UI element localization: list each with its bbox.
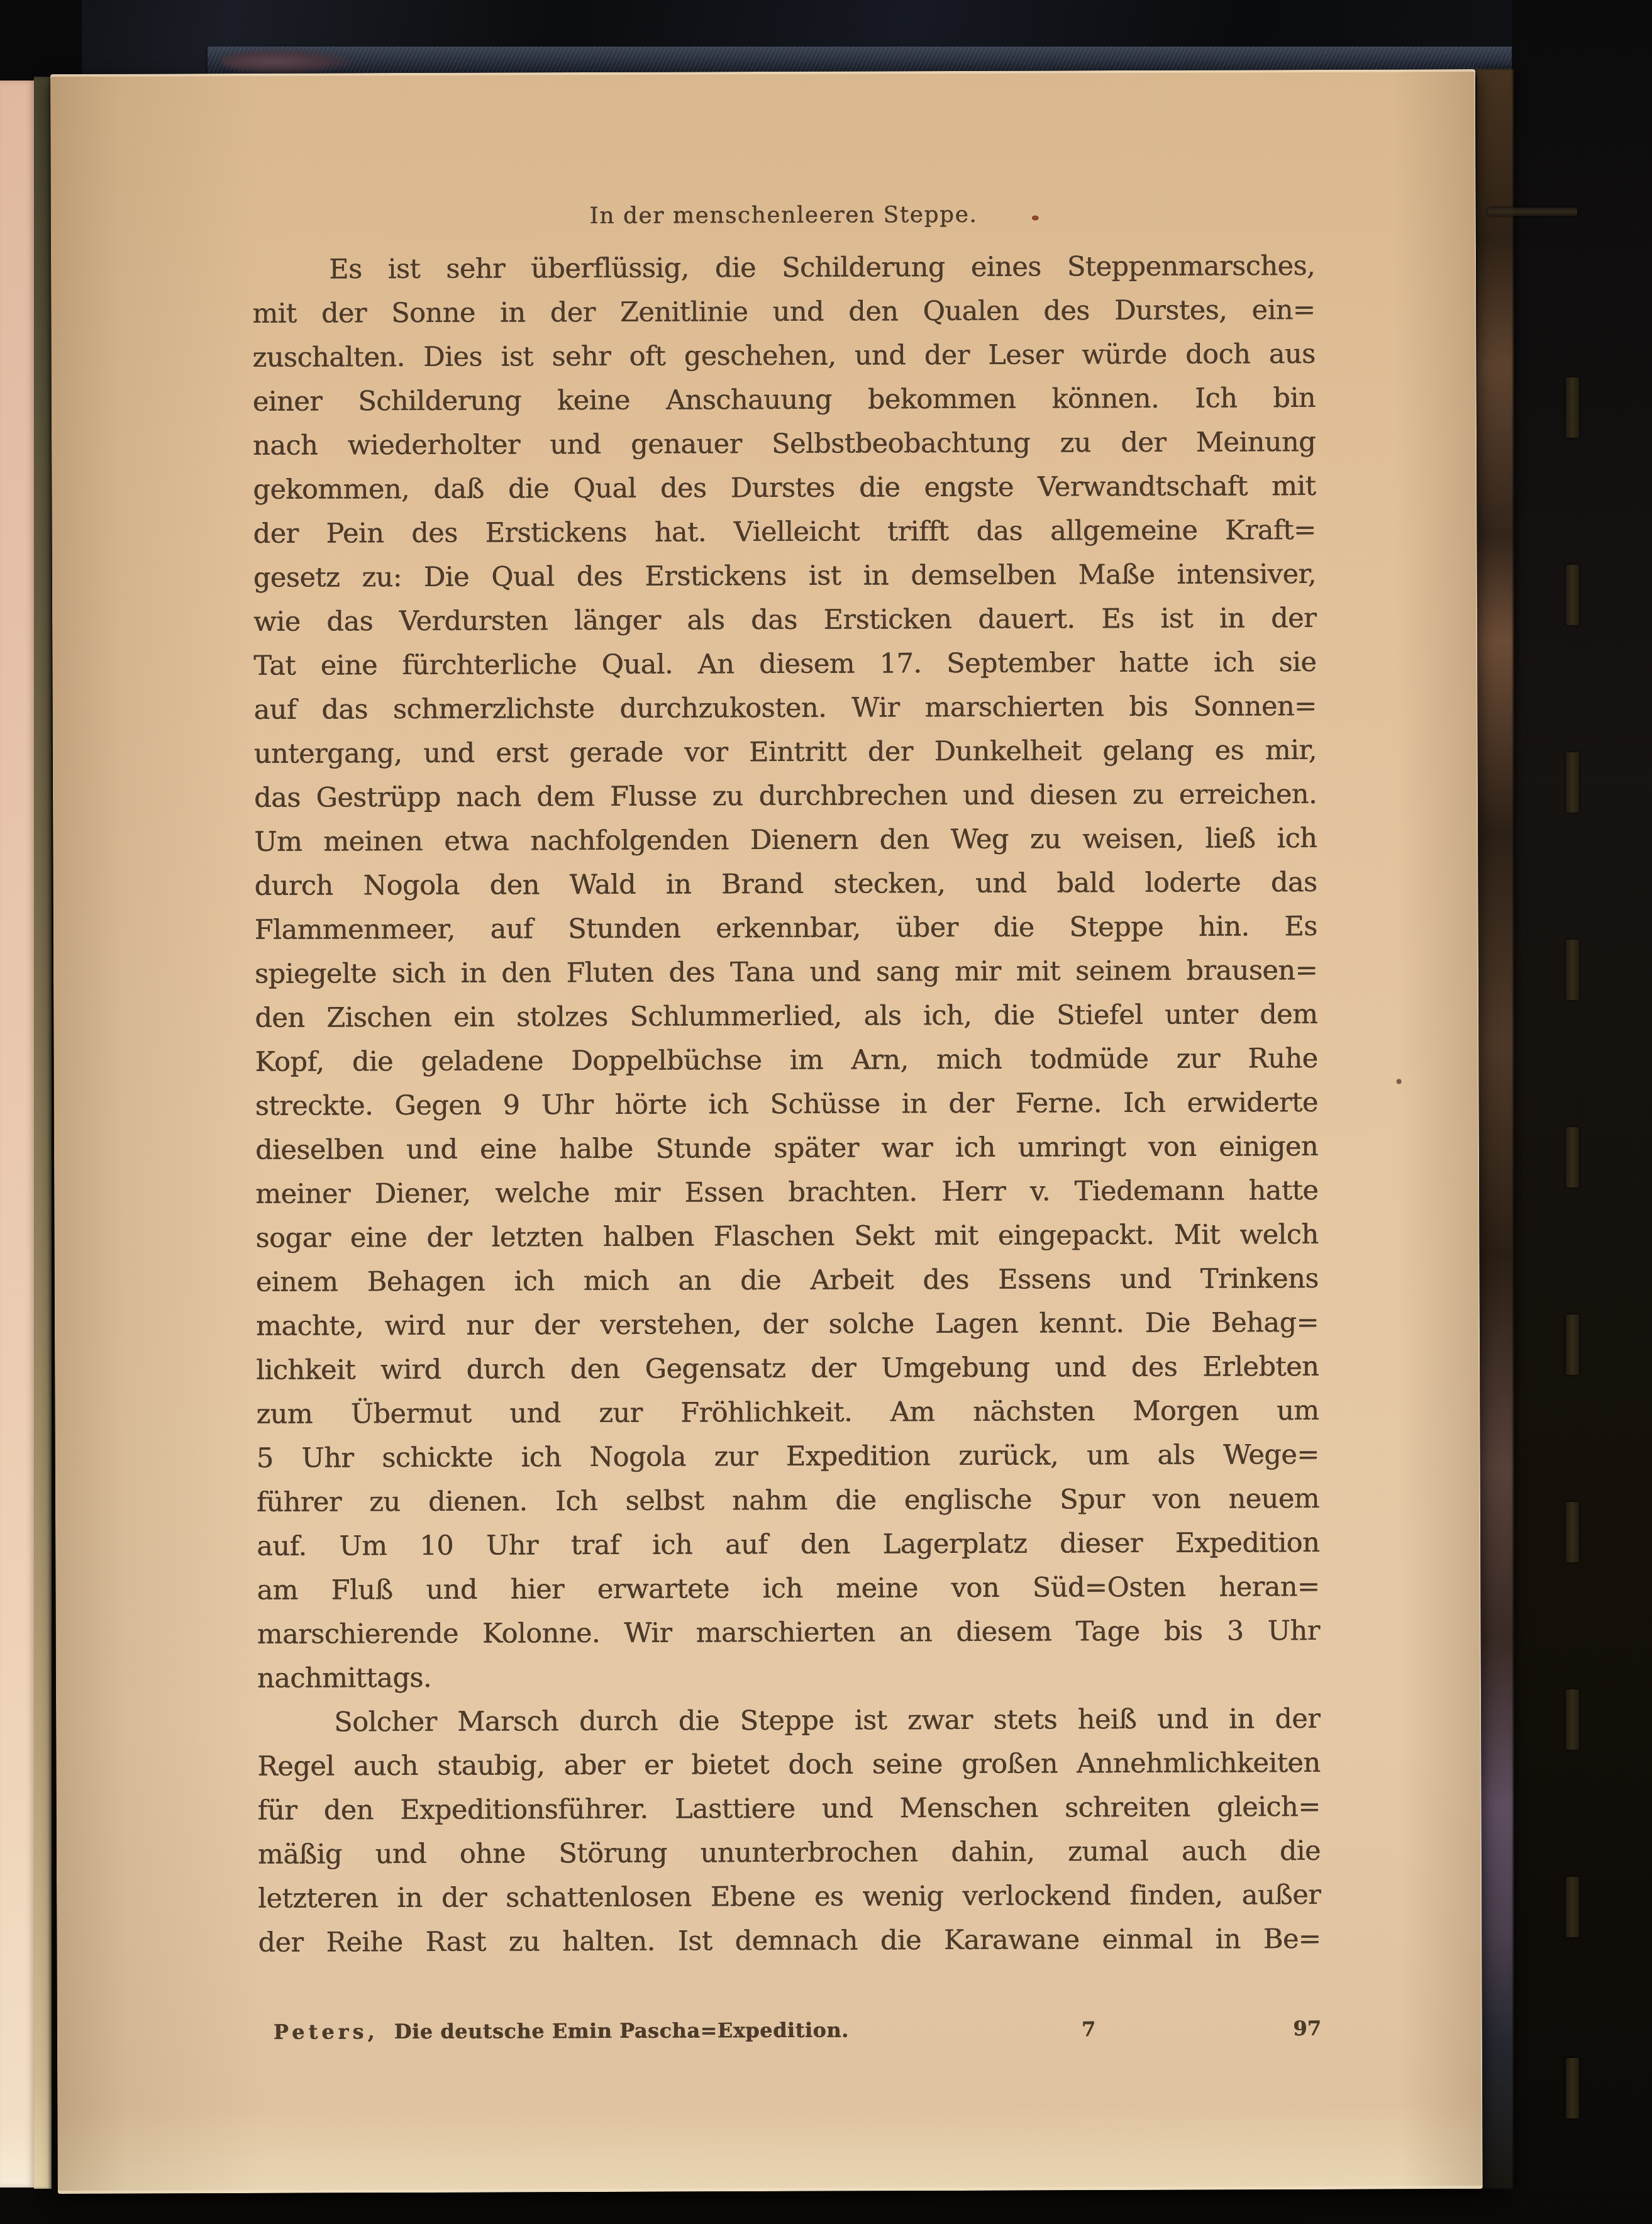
stitch-mark <box>1566 565 1579 625</box>
text-line: lichkeit wird durch den Gegensatz der Um… <box>256 1345 1319 1393</box>
body-text: Es ist sehr überflüssig, die Schilderung… <box>252 244 1321 1965</box>
opposite-page-edge <box>0 81 35 2188</box>
text-line: zuschalten. Dies ist sehr oft geschehen,… <box>252 332 1315 380</box>
text-line: Regel auch staubig, aber er bietet doch … <box>257 1741 1320 1789</box>
text-line: gekommen, daß die Qual des Durstes die e… <box>253 464 1316 512</box>
text-line: Es ist sehr überflüssig, die Schilderung… <box>252 244 1315 292</box>
book-cover-right <box>1512 0 1652 2224</box>
stitch-mark <box>1566 377 1579 438</box>
cover-inner-edge <box>1477 69 1513 2189</box>
text-line: Um meinen etwa nachfolgenden Dienern den… <box>254 816 1317 864</box>
text-line: für den Expeditionsführer. Lasttiere und… <box>258 1785 1321 1833</box>
text-line: Tat eine fürchterliche Qual. An diesem 1… <box>253 640 1316 688</box>
stitch-mark <box>1566 752 1579 813</box>
text-line: Solcher Marsch durch die Steppe ist zwar… <box>257 1697 1320 1745</box>
running-header: In der menschenleeren Steppe. <box>252 199 1315 233</box>
text-line: mit der Sonne in der Zenitlinie und den … <box>252 288 1315 336</box>
text-line: streckte. Gegen 9 Uhr hörte ich Schüsse … <box>255 1081 1318 1128</box>
text-line: zum Übermut und zur Fröhlichkeit. Am näc… <box>256 1389 1319 1437</box>
text-line: untergang, und erst gerade vor Eintritt … <box>254 728 1317 776</box>
page-number: 97 <box>1252 2012 1321 2045</box>
text-line: marschierende Kolonne. Wir marschierten … <box>257 1609 1320 1657</box>
stitch-mark <box>1566 1315 1579 1375</box>
text-line: spiegelte sich in den Fluten des Tana un… <box>255 948 1317 996</box>
text-line: der Pein des Erstickens hat. Vielleicht … <box>253 508 1316 556</box>
text-line: das Gestrüpp nach dem Flusse zu durchbre… <box>254 772 1317 820</box>
text-line: Kopf, die geladene Doppelbüchse im Arn, … <box>255 1037 1317 1084</box>
text-line: Flammenmeer, auf Stunden erkennbar, über… <box>255 904 1317 952</box>
ink-speck <box>1032 216 1039 221</box>
text-line: letzteren in der schattenlosen Ebene es … <box>258 1873 1321 1921</box>
text-line: meiner Diener, welche mir Essen brachten… <box>255 1169 1318 1216</box>
stitch-mark <box>1566 1689 1579 1750</box>
footer-book-title: Die deutsche Emin Pascha=Expedition. <box>394 2018 849 2044</box>
binding-gutter <box>34 77 52 2189</box>
text-line: am Fluß und hier erwartete ich meine von… <box>257 1565 1319 1613</box>
stitch-mark <box>1566 1127 1579 1187</box>
footer-citation: Peters, Die deutsche Emin Pascha=Expedit… <box>274 2014 849 2049</box>
text-line: durch Nogola den Wald in Brand stecken, … <box>254 860 1317 908</box>
cloth-spine-wear-mark <box>221 49 353 74</box>
footer-author: Peters, <box>274 2020 379 2044</box>
text-line: wie das Verdursten länger als das Erstic… <box>253 596 1316 644</box>
text-line: dieselben und eine halbe Stunde später w… <box>255 1125 1318 1172</box>
stitch-mark <box>1488 208 1577 216</box>
stitch-mark <box>1566 1502 1579 1562</box>
text-line: gesetz zu: Die Qual des Erstickens ist i… <box>253 552 1316 600</box>
text-line: nachmittags. <box>257 1653 1320 1701</box>
stitch-mark <box>1566 2058 1579 2118</box>
text-line: machte, wird nur der verstehen, der solc… <box>256 1301 1319 1348</box>
text-line: sogar eine der letzten halben Flaschen S… <box>255 1213 1318 1260</box>
text-line: auf das schmerzlichste durchzukosten. Wi… <box>253 684 1316 732</box>
text-line: führer zu dienen. Ich selbst nahm die en… <box>257 1477 1319 1525</box>
text-line: mäßig und ohne Störung ununterbrochen da… <box>258 1829 1321 1877</box>
sheet-signature-number: 7 <box>1063 2013 1114 2045</box>
page-footer: Peters, Die deutsche Emin Pascha=Expedit… <box>258 2012 1321 2049</box>
text-line: 5 Uhr schickte ich Nogola zur Expedition… <box>257 1433 1319 1481</box>
text-line: den Zischen ein stolzes Schlummerlied, a… <box>255 992 1317 1040</box>
stitch-mark <box>1566 940 1579 1000</box>
text-line: nach wiederholter und genauer Selbstbeob… <box>253 420 1316 468</box>
text-line: einem Behagen ich mich an die Arbeit des… <box>256 1257 1319 1304</box>
text-line: auf. Um 10 Uhr traf ich auf den Lagerpla… <box>257 1521 1319 1569</box>
book-page: In der menschenleeren Steppe. Es ist seh… <box>50 69 1483 2194</box>
ink-speck <box>1397 1079 1402 1084</box>
stitch-mark <box>1566 1877 1579 1937</box>
book-photograph: In der menschenleeren Steppe. Es ist seh… <box>0 0 1652 2224</box>
text-line: der Reihe Rast zu halten. Ist demnach di… <box>258 1917 1321 1965</box>
text-line: einer Schilderung keine Anschauung bekom… <box>253 376 1316 424</box>
